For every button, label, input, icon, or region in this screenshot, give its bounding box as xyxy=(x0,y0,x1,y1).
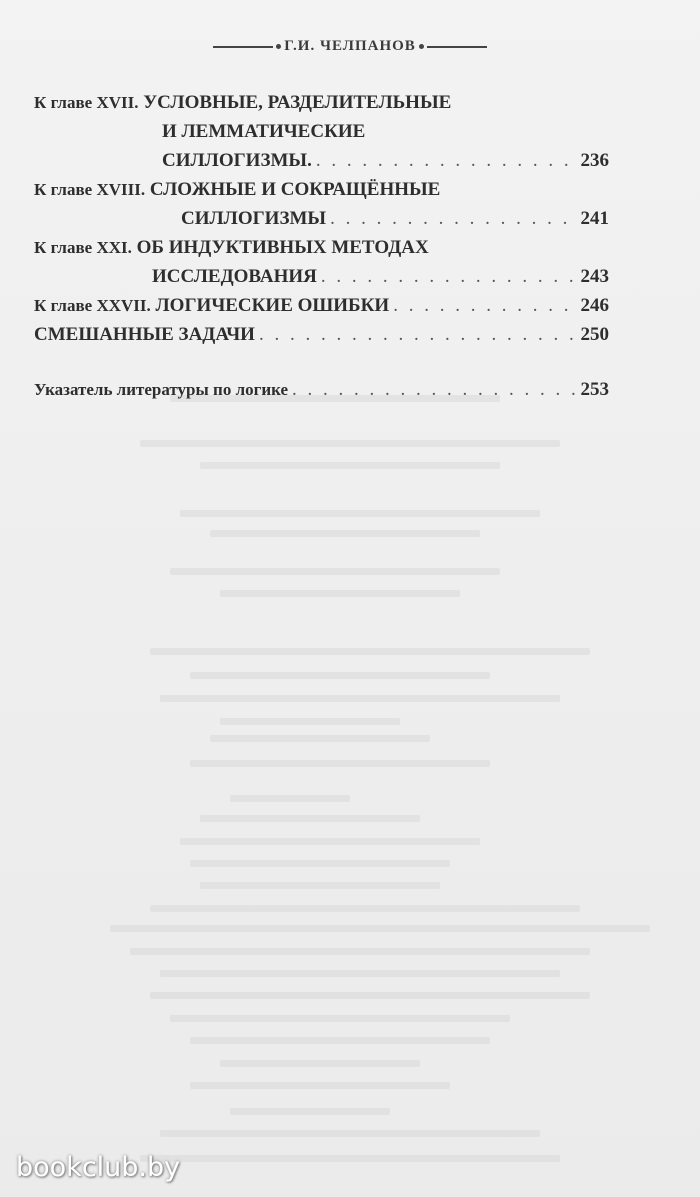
bleed-line xyxy=(160,695,560,702)
bleed-line xyxy=(220,590,460,597)
bleed-line xyxy=(230,795,350,802)
leader-dots xyxy=(259,320,577,349)
bleed-line xyxy=(210,735,430,742)
toc-entry-line: К главе XXI. ОБ ИНДУКТИВНЫХ МЕТОДАХ xyxy=(34,233,609,262)
toc-entry-line: И ЛЕММАТИЧЕСКИЕ xyxy=(34,117,609,146)
toc-entry-line[interactable]: ИССЛЕДОВАНИЯ 243 xyxy=(34,262,609,291)
bleed-line xyxy=(180,838,480,845)
leader-dots xyxy=(292,375,576,404)
page-number: 253 xyxy=(581,375,610,404)
bleed-line xyxy=(190,1037,490,1044)
toc-prefix: К главе XXI. xyxy=(34,233,132,262)
bleed-line xyxy=(220,1060,420,1067)
spacer xyxy=(34,349,609,375)
bleed-line xyxy=(210,530,480,537)
bleed-line xyxy=(190,1082,450,1089)
toc-prefix: К главе XXVII. xyxy=(34,291,151,320)
toc-title: И ЛЕММАТИЧЕСКИЕ xyxy=(162,117,365,146)
bleed-line xyxy=(190,860,450,867)
bleed-line xyxy=(140,440,560,447)
leader-dots xyxy=(330,204,576,233)
toc-title: СИЛЛОГИЗМЫ. xyxy=(162,146,312,175)
toc-entry-line[interactable]: СИЛЛОГИЗМЫ 241 xyxy=(34,204,609,233)
ornament-rule-right xyxy=(427,46,487,48)
bleed-line xyxy=(230,1108,390,1115)
toc-prefix: К главе XVIII. xyxy=(34,175,145,204)
watermark: bookclub.by xyxy=(16,1152,180,1183)
toc-title: СИЛЛОГИЗМЫ xyxy=(181,204,326,233)
page-number: 236 xyxy=(581,146,610,175)
leader-dots xyxy=(393,291,576,320)
bleed-line xyxy=(130,948,590,955)
toc-prefix: К главе XVII. xyxy=(34,88,138,117)
page-number: 246 xyxy=(581,291,610,320)
toc-entry-line[interactable]: СИЛЛОГИЗМЫ. 236 xyxy=(34,146,609,175)
running-head: Г.И. ЧЕЛПАНОВ xyxy=(0,38,700,55)
toc-entry-line: К главе XVIII. СЛОЖНЫЕ И СОКРАЩЁННЫЕ xyxy=(34,175,609,204)
bleed-line xyxy=(220,718,400,725)
toc-entry-literature[interactable]: Указатель литературы по логике 253 xyxy=(34,375,609,404)
book-page: Г.И. ЧЕЛПАНОВ К главе XVII. УСЛОВНЫЕ, РА… xyxy=(0,0,700,1197)
bleed-line xyxy=(180,510,540,517)
page-number: 243 xyxy=(581,262,610,291)
toc-title: УСЛОВНЫЕ, РАЗДЕЛИТЕЛЬНЫЕ xyxy=(143,88,451,117)
page-number: 241 xyxy=(581,204,610,233)
toc-title: СЛОЖНЫЕ И СОКРАЩЁННЫЕ xyxy=(150,175,440,204)
author-name: Г.И. ЧЕЛПАНОВ xyxy=(284,38,416,54)
bleed-line xyxy=(200,462,500,469)
bleed-line xyxy=(110,925,650,932)
toc-title: СМЕШАННЫЕ ЗАДАЧИ xyxy=(34,320,255,349)
bleed-line xyxy=(140,1155,560,1162)
toc-entry-line[interactable]: К главе XXVII. ЛОГИЧЕСКИЕ ОШИБКИ 246 xyxy=(34,291,609,320)
bleed-line xyxy=(200,815,420,822)
bleed-line xyxy=(190,760,490,767)
leader-dots xyxy=(316,146,577,175)
toc-title: ЛОГИЧЕСКИЕ ОШИБКИ xyxy=(156,291,390,320)
bleed-line xyxy=(170,1015,510,1022)
bleed-line xyxy=(170,568,500,575)
toc-title: ОБ ИНДУКТИВНЫХ МЕТОДАХ xyxy=(137,233,429,262)
page-number: 250 xyxy=(581,320,610,349)
bleed-line xyxy=(160,1130,540,1137)
bleed-line xyxy=(150,905,580,912)
ornament-rule-left xyxy=(213,46,273,48)
bleed-line xyxy=(190,672,490,679)
toc-title: ИССЛЕДОВАНИЯ xyxy=(152,262,317,291)
bleed-line xyxy=(200,882,440,889)
toc-entry-line: К главе XVII. УСЛОВНЫЕ, РАЗДЕЛИТЕЛЬНЫЕ xyxy=(34,88,609,117)
leader-dots xyxy=(321,262,577,291)
bleed-line xyxy=(160,970,560,977)
bleed-line xyxy=(150,648,590,655)
toc-entry-line[interactable]: СМЕШАННЫЕ ЗАДАЧИ 250 xyxy=(34,320,609,349)
table-of-contents: К главе XVII. УСЛОВНЫЕ, РАЗДЕЛИТЕЛЬНЫЕ И… xyxy=(34,88,609,404)
toc-title: Указатель литературы по логике xyxy=(34,375,288,404)
bleed-line xyxy=(150,992,590,999)
